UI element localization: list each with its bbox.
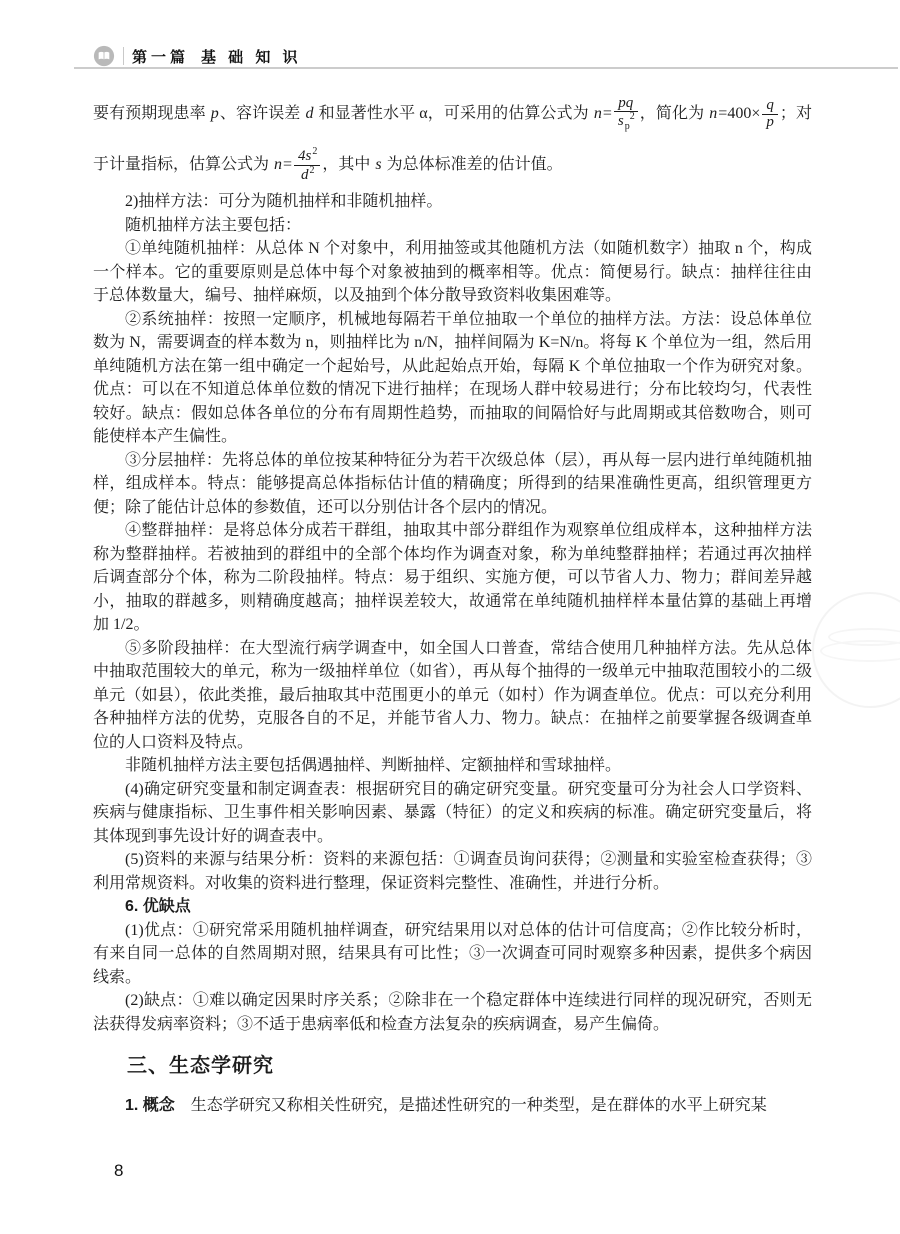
paragraph-simple-random-sampling: ①单纯随机抽样：从总体 N 个对象中，利用抽签或其他随机方法（如随机数字）抽取 …: [93, 237, 812, 308]
numerator-sup: 2: [312, 146, 317, 157]
var-p: p: [210, 105, 220, 122]
var-n: n: [273, 156, 283, 173]
watermark-seal: [812, 592, 900, 708]
denominator-base: s: [617, 113, 625, 129]
var-n: n: [593, 105, 603, 122]
fraction: qp: [762, 98, 778, 131]
text-run: 和显著性水平 α，可采用的估算公式为: [314, 105, 592, 122]
denominator: p: [765, 114, 775, 130]
fraction: 4s2d2: [294, 147, 320, 184]
paragraph-formula: 要有预期现患率 p、容许误差 d 和显著性水平 α，可采用的估算公式为 n=pq…: [93, 88, 812, 190]
denominator-sup: 2: [309, 165, 314, 176]
book-icon: [93, 45, 115, 67]
var-d: d: [304, 105, 314, 122]
paragraph-advantages: (1)优点：①研究常采用随机抽样调查，研究结果用以对总体的估计可信度高；②作比较…: [93, 919, 812, 990]
book-page: 第一篇基 础 知 识 要有预期现患率 p、容许误差 d 和显著性水平 α，可采用…: [0, 0, 900, 1234]
paragraph-multistage-sampling: ⑤多阶段抽样：在大型流行病学调查中，如全国人口普查，常结合使用几种抽样方法。先从…: [93, 637, 812, 755]
header-rule: [74, 67, 898, 69]
equals-sign: =: [283, 156, 292, 173]
concept-text: 生态学研究又称相关性研究，是描述性研究的一种类型，是在群体的水平上研究某: [191, 1097, 767, 1114]
paragraph-cluster-sampling: ④整群抽样：是将总体分成若干群组，抽取其中部分群组作为观察单位组成样本，这种抽样…: [93, 519, 812, 637]
denominator-sub: p: [625, 121, 630, 132]
header-divider: [123, 47, 124, 65]
heading-pros-cons: 6. 优缺点: [93, 895, 812, 919]
concept-label: 1. 概念: [125, 1097, 175, 1114]
paragraph-sampling-method: 2)抽样方法：可分为随机抽样和非随机抽样。: [93, 190, 812, 214]
page-content: 要有预期现患率 p、容许误差 d 和显著性水平 α，可采用的估算公式为 n=pq…: [93, 88, 812, 1118]
text-run: ，简化为: [640, 105, 709, 122]
paragraph-stratified-sampling: ③分层抽样：先将总体的单位按某种特征分为若干次级总体（层），再从每一层内进行单纯…: [93, 449, 812, 520]
part-title: 第一篇基 础 知 识: [132, 46, 302, 67]
text-run: ，其中: [322, 156, 374, 173]
equals-sign: =: [718, 105, 727, 122]
paragraph-item4-variables: (4)确定研究变量和制定调查表：根据研究目的确定研究变量。研究变量可分为社会人口…: [93, 778, 812, 849]
paragraph-nonrandom-sampling: 非随机抽样方法主要包括偶遇抽样、判断抽样、定额抽样和雪球抽样。: [93, 754, 812, 778]
paragraph-random-intro: 随机抽样方法主要包括：: [93, 214, 812, 238]
text-run: 要有预期现患率: [93, 105, 210, 122]
numerator-base: 4s: [297, 148, 312, 164]
part-label: 第一篇: [132, 49, 189, 66]
paragraph-ecology-concept: 1. 概念生态学研究又称相关性研究，是描述性研究的一种类型，是在群体的水平上研究…: [93, 1094, 812, 1118]
page-header: 第一篇基 础 知 识: [93, 44, 302, 68]
paragraph-systematic-sampling: ②系统抽样：按照一定顺序，机械地每隔若干单位抽取一个单位的抽样方法。方法：设总体…: [93, 308, 812, 449]
numerator: pq: [617, 95, 634, 111]
equals-sign: =: [603, 105, 612, 122]
formula-n-4s2-over-d2: n=4s2d2: [273, 156, 322, 173]
var-s: s: [374, 156, 382, 173]
formula-n-pq-over-sp2: n=pqsp2: [593, 105, 640, 122]
paragraph-disadvantages: (2)缺点：①难以确定因果时序关系；②除非在一个稳定群体中连续进行同样的现况研究…: [93, 989, 812, 1036]
text-run: 为总体标准差的估计值。: [383, 156, 563, 173]
text-run: 、容许误差: [220, 105, 305, 122]
var-n: n: [708, 105, 718, 122]
numerator: q: [765, 97, 775, 113]
paragraph-item5-data-sources: (5)资料的来源与结果分析：资料的来源包括：①调查员询问获得；②测量和实验室检查…: [93, 848, 812, 895]
section-heading-ecology-study: 三、生态学研究: [127, 1053, 812, 1079]
coefficient: 400×: [727, 105, 760, 122]
denominator-sup: 2: [630, 111, 635, 122]
part-name: 基 础 知 识: [201, 49, 302, 66]
page-number: 8: [114, 1161, 123, 1181]
formula-n-400-q-over-p: n=400×qp: [708, 105, 780, 122]
fraction: pqsp2: [614, 96, 638, 133]
